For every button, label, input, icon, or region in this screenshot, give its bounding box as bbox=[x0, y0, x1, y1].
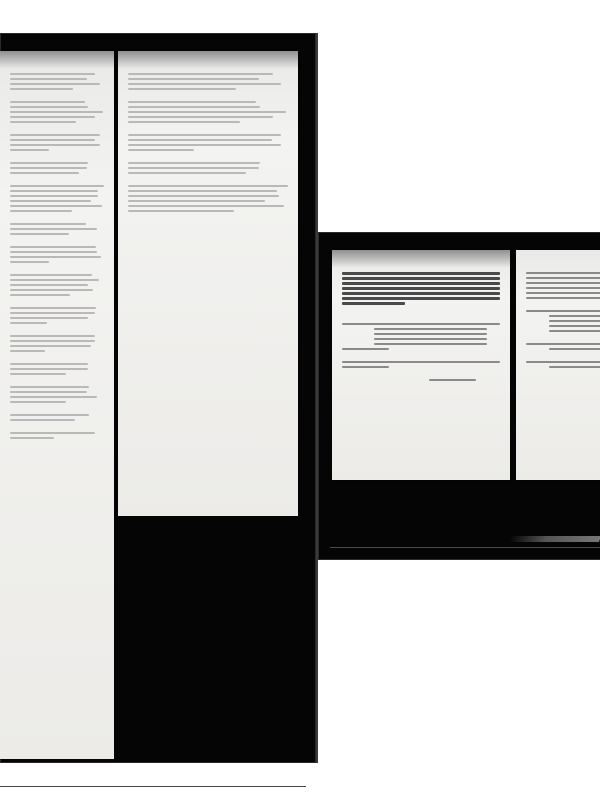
right-frame bbox=[318, 232, 600, 560]
document-page-4 bbox=[516, 250, 600, 480]
typed-text-block bbox=[10, 73, 104, 450]
frame-ledge bbox=[330, 547, 600, 548]
document-page-2 bbox=[118, 51, 298, 516]
frame-ledge bbox=[0, 786, 306, 787]
typed-text-block bbox=[342, 272, 500, 384]
typed-text-block bbox=[128, 73, 288, 223]
typed-text-block bbox=[526, 272, 600, 379]
frame-caption-plate bbox=[509, 536, 600, 542]
left-frame bbox=[0, 33, 318, 763]
document-page-3 bbox=[332, 250, 510, 480]
document-page-1 bbox=[0, 51, 114, 759]
